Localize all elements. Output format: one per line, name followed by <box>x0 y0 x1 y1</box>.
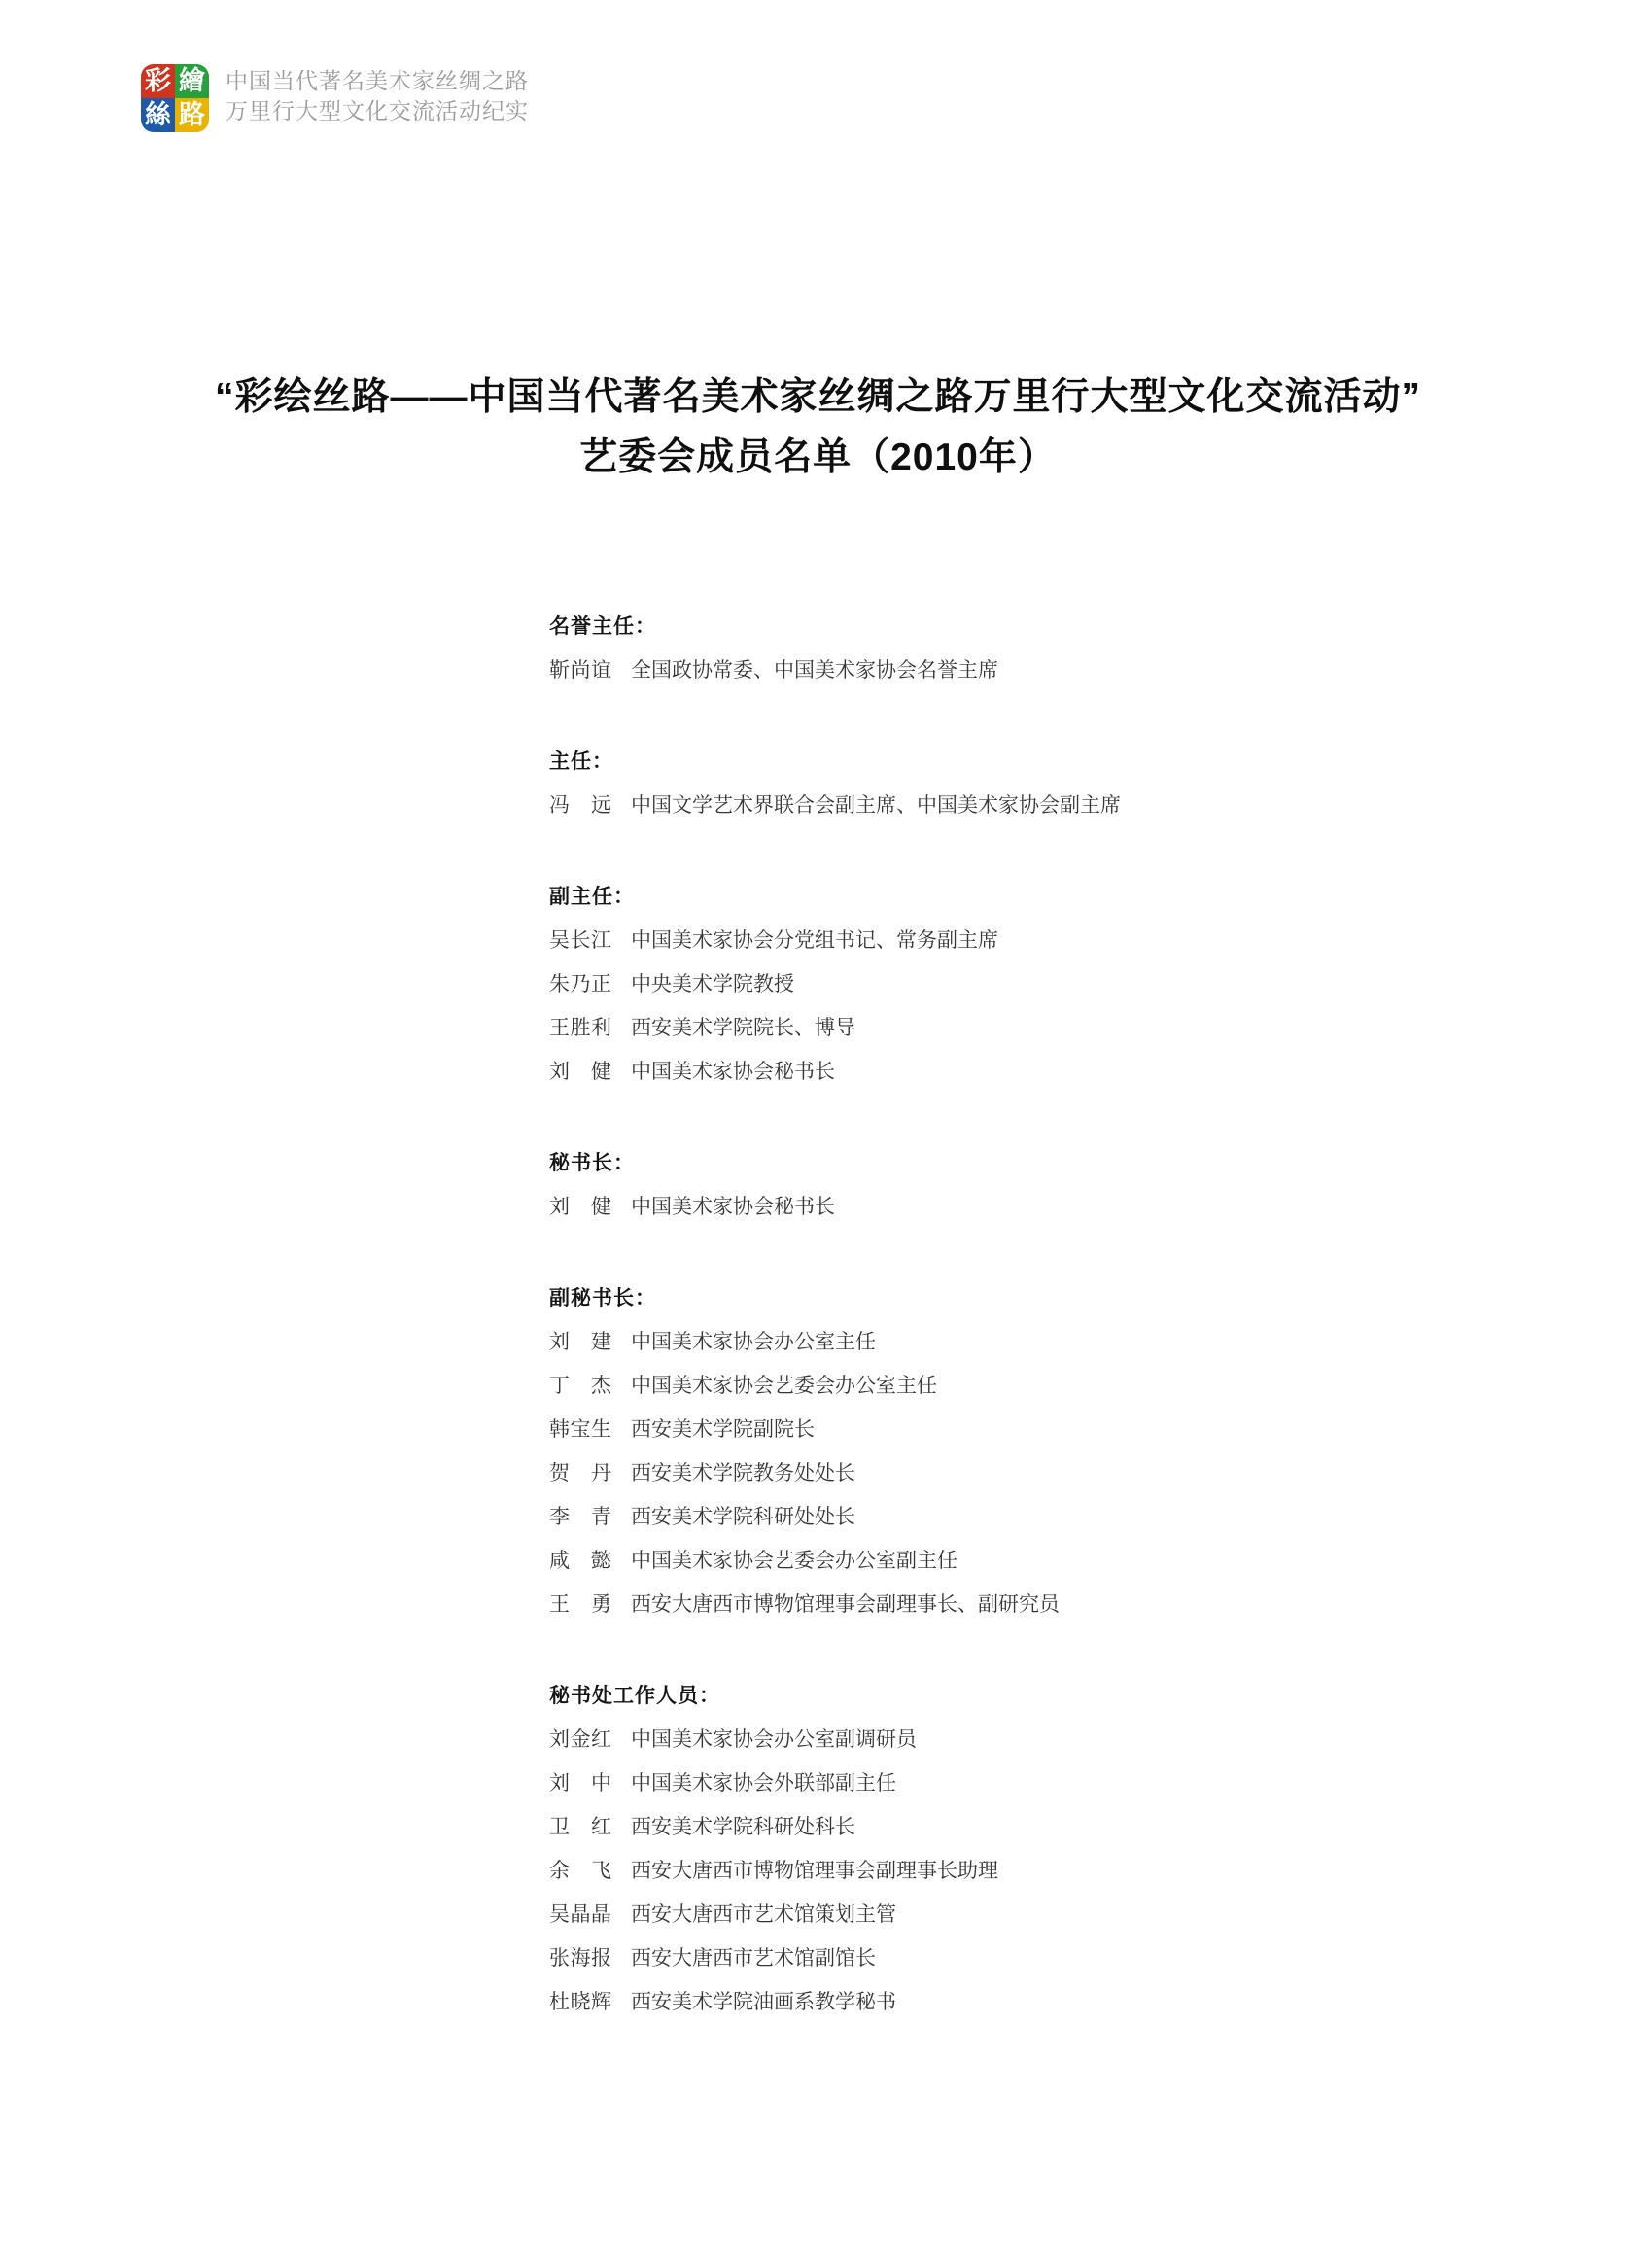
member-row: 刘健中国美术家协会秘书长 <box>549 1185 1521 1229</box>
member-role: 西安美术学院教务处处长 <box>631 1462 855 1484</box>
brand-tagline: 中国当代著名美术家丝绸之路 万里行大型文化交流活动纪实 <box>226 66 529 126</box>
page-title-line1: “彩绘丝路——中国当代著名美术家丝绸之路万里行大型文化交流活动” <box>0 367 1636 428</box>
member-role: 中国美术家协会秘书长 <box>631 1196 835 1218</box>
logo-quadrant-lu: 路 <box>175 98 209 132</box>
member-role: 中央美术学院教授 <box>631 973 794 995</box>
member-row: 朱乃正中央美术学院教授 <box>549 962 1521 1006</box>
member-row: 咸懿中国美术家协会艺委会办公室副主任 <box>549 1539 1521 1583</box>
member-name: 卫红 <box>549 1805 611 1849</box>
brand-tagline-line2: 万里行大型文化交流活动纪实 <box>226 96 529 126</box>
member-name: 王胜利 <box>549 1006 611 1050</box>
member-role: 西安美术学院科研处科长 <box>631 1816 855 1838</box>
roster-section: 主任：冯远中国文学艺术界联合会副主席、中国美术家协会副主席 <box>549 740 1521 827</box>
logo-quadrant-hui: 繪 <box>175 64 209 98</box>
member-name: 余飞 <box>549 1849 611 1893</box>
member-row: 余飞西安大唐西市博物馆理事会副理事长助理 <box>549 1849 1521 1893</box>
page-title: “彩绘丝路——中国当代著名美术家丝绸之路万里行大型文化交流活动” 艺委会成员名单… <box>0 367 1636 488</box>
member-name: 吴长江 <box>549 919 611 962</box>
member-row: 王勇西安大唐西市博物馆理事会副理事长、副研究员 <box>549 1583 1521 1626</box>
member-name: 刘健 <box>549 1185 611 1229</box>
member-role: 中国美术家协会办公室主任 <box>631 1331 876 1353</box>
member-roster: 名誉主任：靳尚谊全国政协常委、中国美术家协会名誉主席主任：冯远中国文学艺术界联合… <box>549 605 1521 2072</box>
member-role: 全国政协常委、中国美术家协会名誉主席 <box>631 659 998 681</box>
member-name: 丁杰 <box>549 1364 611 1408</box>
member-role: 西安美术学院科研处处长 <box>631 1506 855 1528</box>
member-role: 西安大唐西市博物馆理事会副理事长、副研究员 <box>631 1593 1060 1616</box>
member-row: 刘健中国美术家协会秘书长 <box>549 1050 1521 1094</box>
member-role: 西安美术学院副院长 <box>631 1418 815 1441</box>
member-role: 中国美术家协会秘书长 <box>631 1061 835 1083</box>
member-name: 刘健 <box>549 1050 611 1094</box>
roster-section: 名誉主任：靳尚谊全国政协常委、中国美术家协会名誉主席 <box>549 605 1521 692</box>
member-name: 靳尚谊 <box>549 648 611 692</box>
member-name: 冯远 <box>549 784 611 827</box>
member-name: 刘中 <box>549 1762 611 1805</box>
member-role: 西安大唐西市艺术馆策划主管 <box>631 1903 896 1926</box>
member-role: 西安大唐西市艺术馆副馆长 <box>631 1947 876 1970</box>
member-name: 王勇 <box>549 1583 611 1626</box>
member-name: 杜晓辉 <box>549 1980 611 2024</box>
member-name: 咸懿 <box>549 1539 611 1583</box>
section-heading: 副秘书长： <box>549 1276 1521 1320</box>
section-heading: 主任： <box>549 740 1521 784</box>
member-row: 卫红西安美术学院科研处科长 <box>549 1805 1521 1849</box>
member-role: 中国美术家协会办公室副调研员 <box>631 1728 917 1751</box>
roster-section: 秘书长：刘健中国美术家协会秘书长 <box>549 1141 1521 1229</box>
member-name: 韩宝生 <box>549 1408 611 1451</box>
logo-quadrant-cai: 彩 <box>141 64 175 98</box>
member-row: 李青西安美术学院科研处处长 <box>549 1495 1521 1539</box>
member-row: 张海报西安大唐西市艺术馆副馆长 <box>549 1937 1521 1980</box>
brand-logo: 彩 繪 絲 路 <box>141 64 209 132</box>
member-role: 西安美术学院油画系教学秘书 <box>631 1991 896 2013</box>
member-role: 中国美术家协会艺委会办公室主任 <box>631 1375 937 1397</box>
member-row: 靳尚谊全国政协常委、中国美术家协会名誉主席 <box>549 648 1521 692</box>
member-role: 中国美术家协会外联部副主任 <box>631 1772 896 1795</box>
member-role: 西安美术学院院长、博导 <box>631 1017 855 1039</box>
section-heading: 秘书处工作人员： <box>549 1674 1521 1718</box>
logo-quadrant-si: 絲 <box>141 98 175 132</box>
member-row: 韩宝生西安美术学院副院长 <box>549 1408 1521 1451</box>
roster-section: 秘书处工作人员：刘金红中国美术家协会办公室副调研员刘中中国美术家协会外联部副主任… <box>549 1674 1521 2024</box>
member-name: 吴晶晶 <box>549 1893 611 1937</box>
member-name: 贺丹 <box>549 1451 611 1495</box>
brand-tagline-line1: 中国当代著名美术家丝绸之路 <box>226 66 529 96</box>
member-row: 刘金红中国美术家协会办公室副调研员 <box>549 1718 1521 1762</box>
member-row: 刘中中国美术家协会外联部副主任 <box>549 1762 1521 1805</box>
roster-section: 副主任：吴长江中国美术家协会分党组书记、常务副主席朱乃正中央美术学院教授王胜利西… <box>549 875 1521 1094</box>
page-title-line2: 艺委会成员名单（2010年） <box>0 428 1636 488</box>
member-name: 李青 <box>549 1495 611 1539</box>
member-role: 中国美术家协会艺委会办公室副主任 <box>631 1550 957 1572</box>
section-heading: 秘书长： <box>549 1141 1521 1185</box>
section-heading: 名誉主任： <box>549 605 1521 648</box>
member-row: 杜晓辉西安美术学院油画系教学秘书 <box>549 1980 1521 2024</box>
document-page: 彩 繪 絲 路 中国当代著名美术家丝绸之路 万里行大型文化交流活动纪实 “彩绘丝… <box>0 0 1636 2268</box>
member-row: 刘建中国美术家协会办公室主任 <box>549 1320 1521 1364</box>
member-row: 王胜利西安美术学院院长、博导 <box>549 1006 1521 1050</box>
member-role: 中国文学艺术界联合会副主席、中国美术家协会副主席 <box>631 794 1121 817</box>
member-name: 张海报 <box>549 1937 611 1980</box>
member-name: 刘建 <box>549 1320 611 1364</box>
member-row: 丁杰中国美术家协会艺委会办公室主任 <box>549 1364 1521 1408</box>
roster-section: 副秘书长：刘建中国美术家协会办公室主任丁杰中国美术家协会艺委会办公室主任韩宝生西… <box>549 1276 1521 1626</box>
member-name: 刘金红 <box>549 1718 611 1762</box>
member-row: 冯远中国文学艺术界联合会副主席、中国美术家协会副主席 <box>549 784 1521 827</box>
member-row: 贺丹西安美术学院教务处处长 <box>549 1451 1521 1495</box>
member-row: 吴晶晶西安大唐西市艺术馆策划主管 <box>549 1893 1521 1937</box>
member-role: 西安大唐西市博物馆理事会副理事长助理 <box>631 1860 998 1882</box>
section-heading: 副主任： <box>549 875 1521 919</box>
member-row: 吴长江中国美术家协会分党组书记、常务副主席 <box>549 919 1521 962</box>
member-name: 朱乃正 <box>549 962 611 1006</box>
member-role: 中国美术家协会分党组书记、常务副主席 <box>631 929 998 952</box>
